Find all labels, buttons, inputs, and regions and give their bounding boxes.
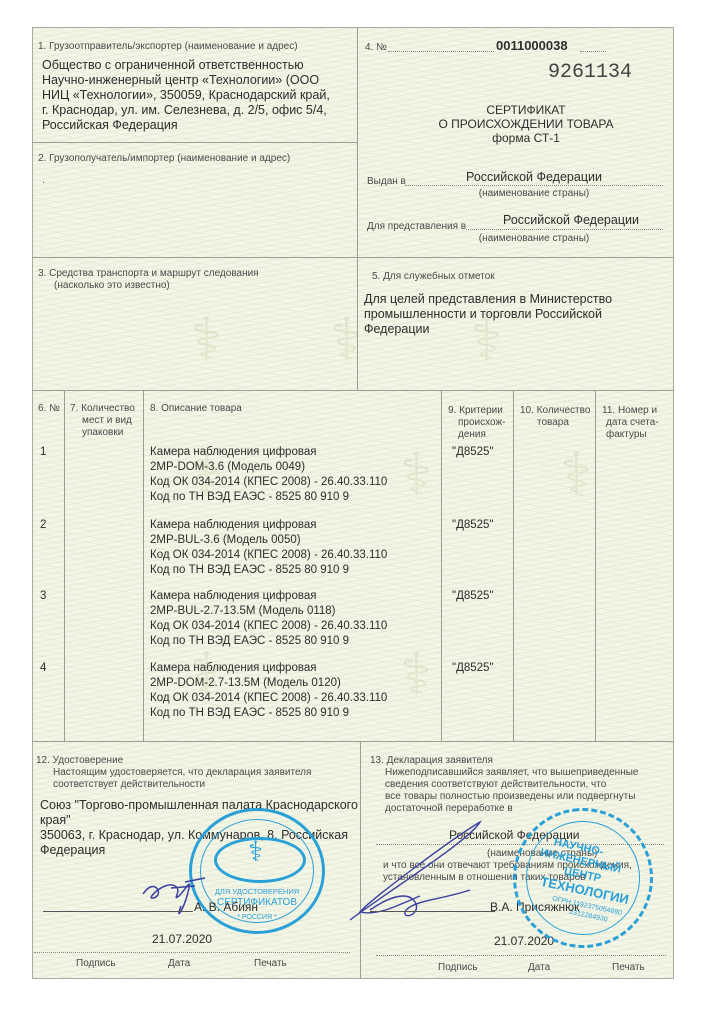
row-description: Код ОК 034-2014 (КПЕС 2008) - 26.40.33.1… [150,475,387,490]
official-note: Для целей представления в Министерство [364,292,612,307]
watermark-emblem: ⚕ [400,440,432,510]
chamber-name: Союз "Торгово-промышленная палата Красно… [40,798,358,813]
divider [32,741,674,742]
exporter-line: Научно-инженерный центр «Технологии» (ОО… [42,73,319,88]
official-note: промышленности и торговли Российской [364,307,602,322]
box2-label: 2. Грузополучатель/импортер (наименовани… [38,152,290,165]
issued-country: Российской Федерации [405,170,663,185]
row-description: 2MP-BUL-2.7-13.5M (Модель 0118) [150,604,336,619]
divider [32,142,357,143]
signature-caption: Подпись [438,961,478,974]
divider [357,257,358,390]
divider [32,257,674,258]
serial-number: 9261134 [548,62,632,84]
divider [513,390,514,741]
exporter-line: НИЦ «Технологии», 350059, Краснодарский … [42,88,330,103]
signer-name: А. В. Абиян [194,900,258,915]
for-country: Российской Федерации [466,213,676,228]
row-description: Камера наблюдения цифровая [150,518,316,533]
watermark-emblem: ⚕ [190,305,222,375]
number-label: 4. № [365,41,387,54]
for-caption: (наименование страны) [405,232,663,245]
row-description: Код по ТН ВЭД ЕАЭС - 8525 80 910 9 [150,563,349,578]
divider [441,390,442,741]
col-header-invoice: фактуры [606,428,647,441]
declaration-text: достаточной переработке в [385,802,513,815]
exporter-line: Общество с ограниченной ответственностью [42,58,304,73]
row-number: 3 [40,589,46,604]
divider [32,390,674,391]
exporter-line: г. Краснодар, ул. им. Селезнева, д. 2/5,… [42,103,327,118]
dotted-line [580,51,606,52]
issued-label: Выдан в [367,175,406,188]
chamber-name: края" [40,813,71,828]
divider [595,390,596,741]
row-description: Камера наблюдения цифровая [150,589,316,604]
box1-label: 1. Грузоотправитель/экспортер (наименова… [38,40,298,53]
row-description: 2MP-DOM-2.7-13.5M (Модель 0120) [150,676,341,691]
divider [357,27,358,257]
row-description: Код ОК 034-2014 (КПЕС 2008) - 26.40.33.1… [150,619,387,634]
watermark-emblem: ⚕ [400,640,432,710]
date-caption: Дата [528,961,550,974]
signature-caption: Подпись [76,957,116,970]
signature-line [43,911,193,912]
title-line2: О ПРОИСХОЖДЕНИИ ТОВАРА [380,117,672,132]
row-description: Код ОК 034-2014 (КПЕС 2008) - 26.40.33.1… [150,548,387,563]
official-note: Федерации [364,322,429,337]
row-description: 2MP-BUL-3.6 (Модель 0050) [150,533,301,548]
row-criteria: "Д8525" [452,661,494,676]
col-header-packages: упаковки [82,426,123,439]
dotted-line [34,952,350,953]
chamber-address: Федерация [40,843,105,858]
dotted-line [376,955,666,956]
col-header-quantity: товара [537,416,569,429]
row-number: 1 [40,445,46,460]
date-caption: Дата [168,957,190,970]
signature-line [370,911,495,912]
row-description: Код по ТН ВЭД ЕАЭС - 8525 80 910 9 [150,634,349,649]
box5-label: 5. Для служебных отметок [372,270,495,283]
row-criteria: "Д8525" [452,589,494,604]
row-criteria: "Д8525" [452,518,494,533]
stamp-caption: Печать [612,961,645,974]
signature-prisyazhnyuk [330,820,490,930]
divider [143,390,144,741]
importer-value: . [42,174,45,187]
issued-caption: (наименование страны) [405,187,663,200]
row-number: 4 [40,661,46,676]
row-description: Код ОК 034-2014 (КПЕС 2008) - 26.40.33.1… [150,691,387,706]
certificate-number: 0011000038 [496,38,568,53]
row-description: Код по ТН ВЭД ЕАЭС - 8525 80 910 9 [150,706,349,721]
row-number: 2 [40,518,46,533]
row-description: 2MP-DOM-3.6 (Модель 0049) [150,460,305,475]
col-header-criteria: дения [458,428,486,441]
watermark-emblem: ⚕ [560,440,592,510]
box3-sublabel: (насколько это известно) [54,279,170,292]
col-header-number: 6. № [38,402,60,415]
row-criteria: "Д8525" [452,445,494,460]
title-line1: СЕРТИФИКАТ [380,103,672,118]
col-header-description: 8. Описание товара [150,402,242,415]
stamp-caption: Печать [254,957,287,970]
dotted-line [405,185,663,186]
signature-abiyan [135,866,215,926]
form-name: форма СТ-1 [380,131,672,146]
caduceus-icon: ⚕ [248,837,263,867]
row-description: Код по ТН ВЭД ЕАЭС - 8525 80 910 9 [150,490,349,505]
certification-date: 21.07.2020 [152,932,212,947]
row-description: Камера наблюдения цифровая [150,661,316,676]
divider [64,390,65,741]
dotted-line [466,229,663,230]
dotted-line [388,51,494,52]
row-description: Камера наблюдения цифровая [150,445,316,460]
exporter-line: Российская Федерация [42,118,178,133]
certification-text: соответствует действительности [53,778,205,791]
